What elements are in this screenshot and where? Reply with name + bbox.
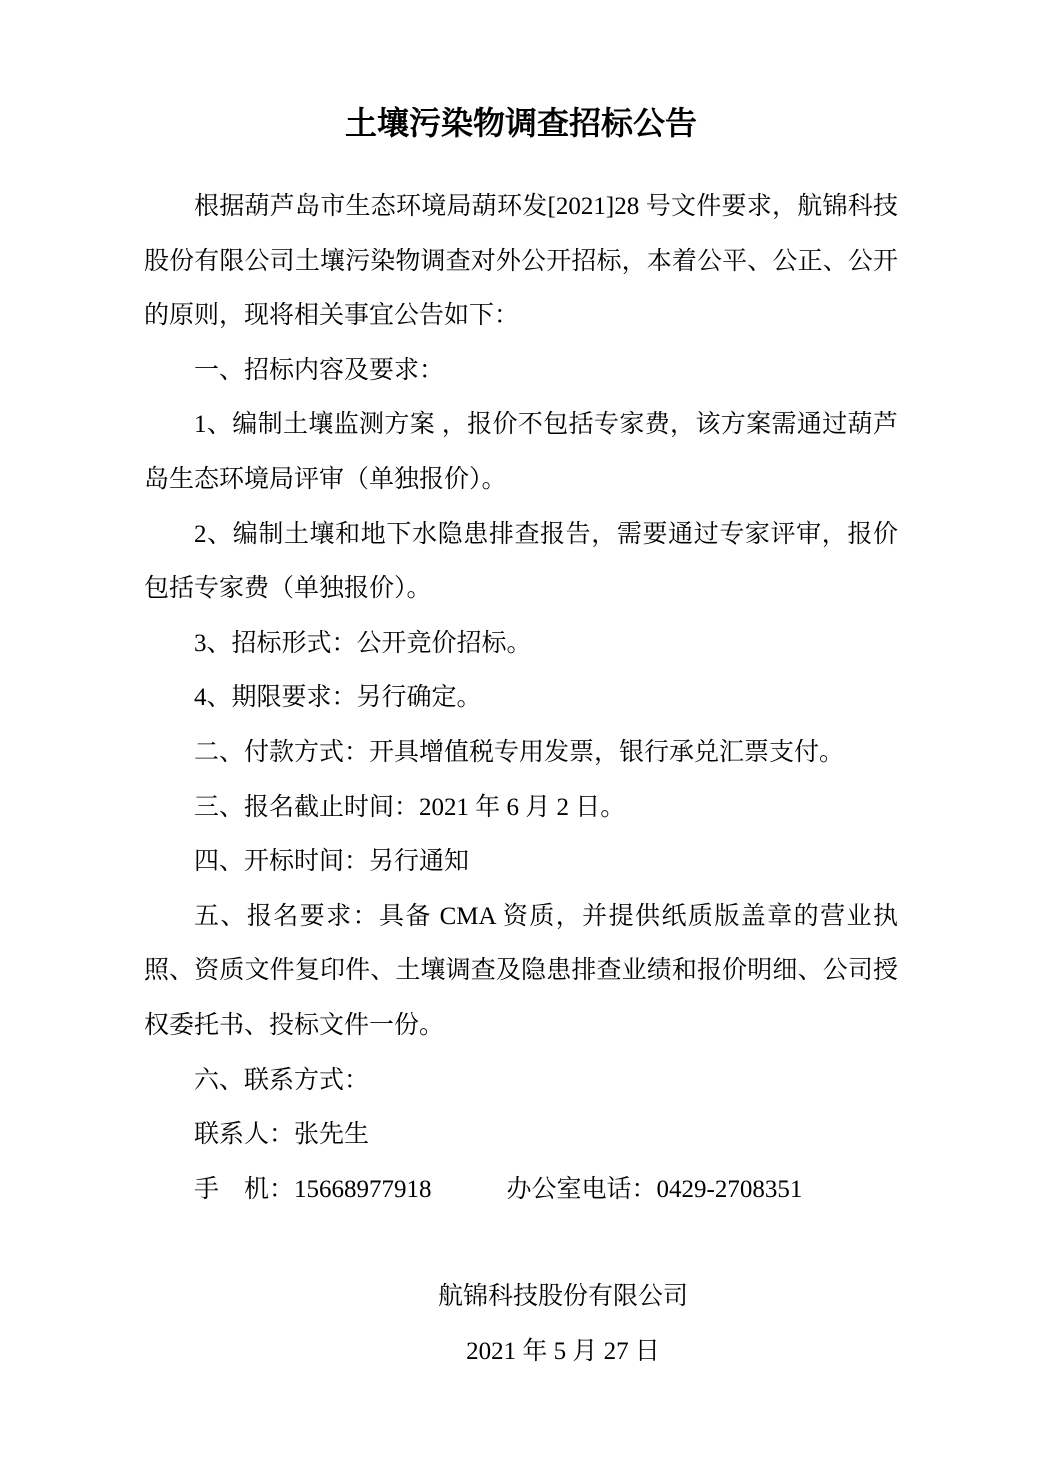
document-title: 土壤污染物调查招标公告 (0, 0, 1042, 146)
signature-block: 航锦科技股份有限公司 2021 年 5 月 27 日 (186, 1270, 940, 1379)
section-1-item-2: 2、编制土壤和地下水隐患排查报告，需要通过专家评审，报价包括专家费（单独报价）。 (144, 508, 898, 617)
signature-date: 2021 年 5 月 27 日 (186, 1325, 940, 1380)
section-4-bid-opening: 四、开标时间：另行通知 (144, 835, 898, 890)
document-page: 土壤污染物调查招标公告 根据葫芦岛市生态环境局葫环发[2021]28 号文件要求… (0, 0, 1042, 1474)
section-1-item-3: 3、招标形式：公开竞价招标。 (144, 617, 898, 672)
section-5-requirements: 五、报名要求：具备 CMA 资质，并提供纸质版盖章的营业执照、资质文件复印件、土… (144, 890, 898, 1054)
section-1-item-4: 4、期限要求：另行确定。 (144, 671, 898, 726)
document-body: 根据葫芦岛市生态环境局葫环发[2021]28 号文件要求，航锦科技股份有限公司土… (144, 180, 898, 1217)
contact-phone-line: 手 机：15668977918 办公室电话：0429-2708351 (144, 1163, 898, 1218)
paragraph-intro: 根据葫芦岛市生态环境局葫环发[2021]28 号文件要求，航锦科技股份有限公司土… (144, 180, 898, 344)
contact-person-line: 联系人：张先生 (144, 1108, 898, 1163)
section-2-payment: 二、付款方式：开具增值税专用发票，银行承兑汇票支付。 (144, 726, 898, 781)
section-3-deadline: 三、报名截止时间：2021 年 6 月 2 日。 (144, 781, 898, 836)
section-1-heading: 一、招标内容及要求： (144, 344, 898, 399)
signature-company: 航锦科技股份有限公司 (186, 1270, 940, 1325)
section-6-contact: 六、联系方式： (144, 1054, 898, 1109)
section-1-item-1: 1、编制土壤监测方案 ，报价不包括专家费，该方案需通过葫芦岛生态环境局评审（单独… (144, 398, 898, 507)
